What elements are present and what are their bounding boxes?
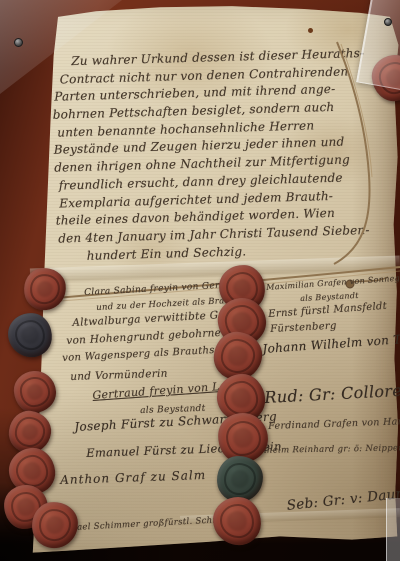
acrylic-mount-bottom-right xyxy=(386,498,400,561)
contract-body-text: Zu wahrer Urkund dessen ist dieser Heura… xyxy=(51,45,393,267)
ink-spot xyxy=(308,28,313,33)
mount-screw xyxy=(384,18,392,26)
mount-screw xyxy=(14,38,23,47)
photo-of-1761-marriage-contract: Zu wahrer Urkund dessen ist dieser Heura… xyxy=(0,0,400,561)
